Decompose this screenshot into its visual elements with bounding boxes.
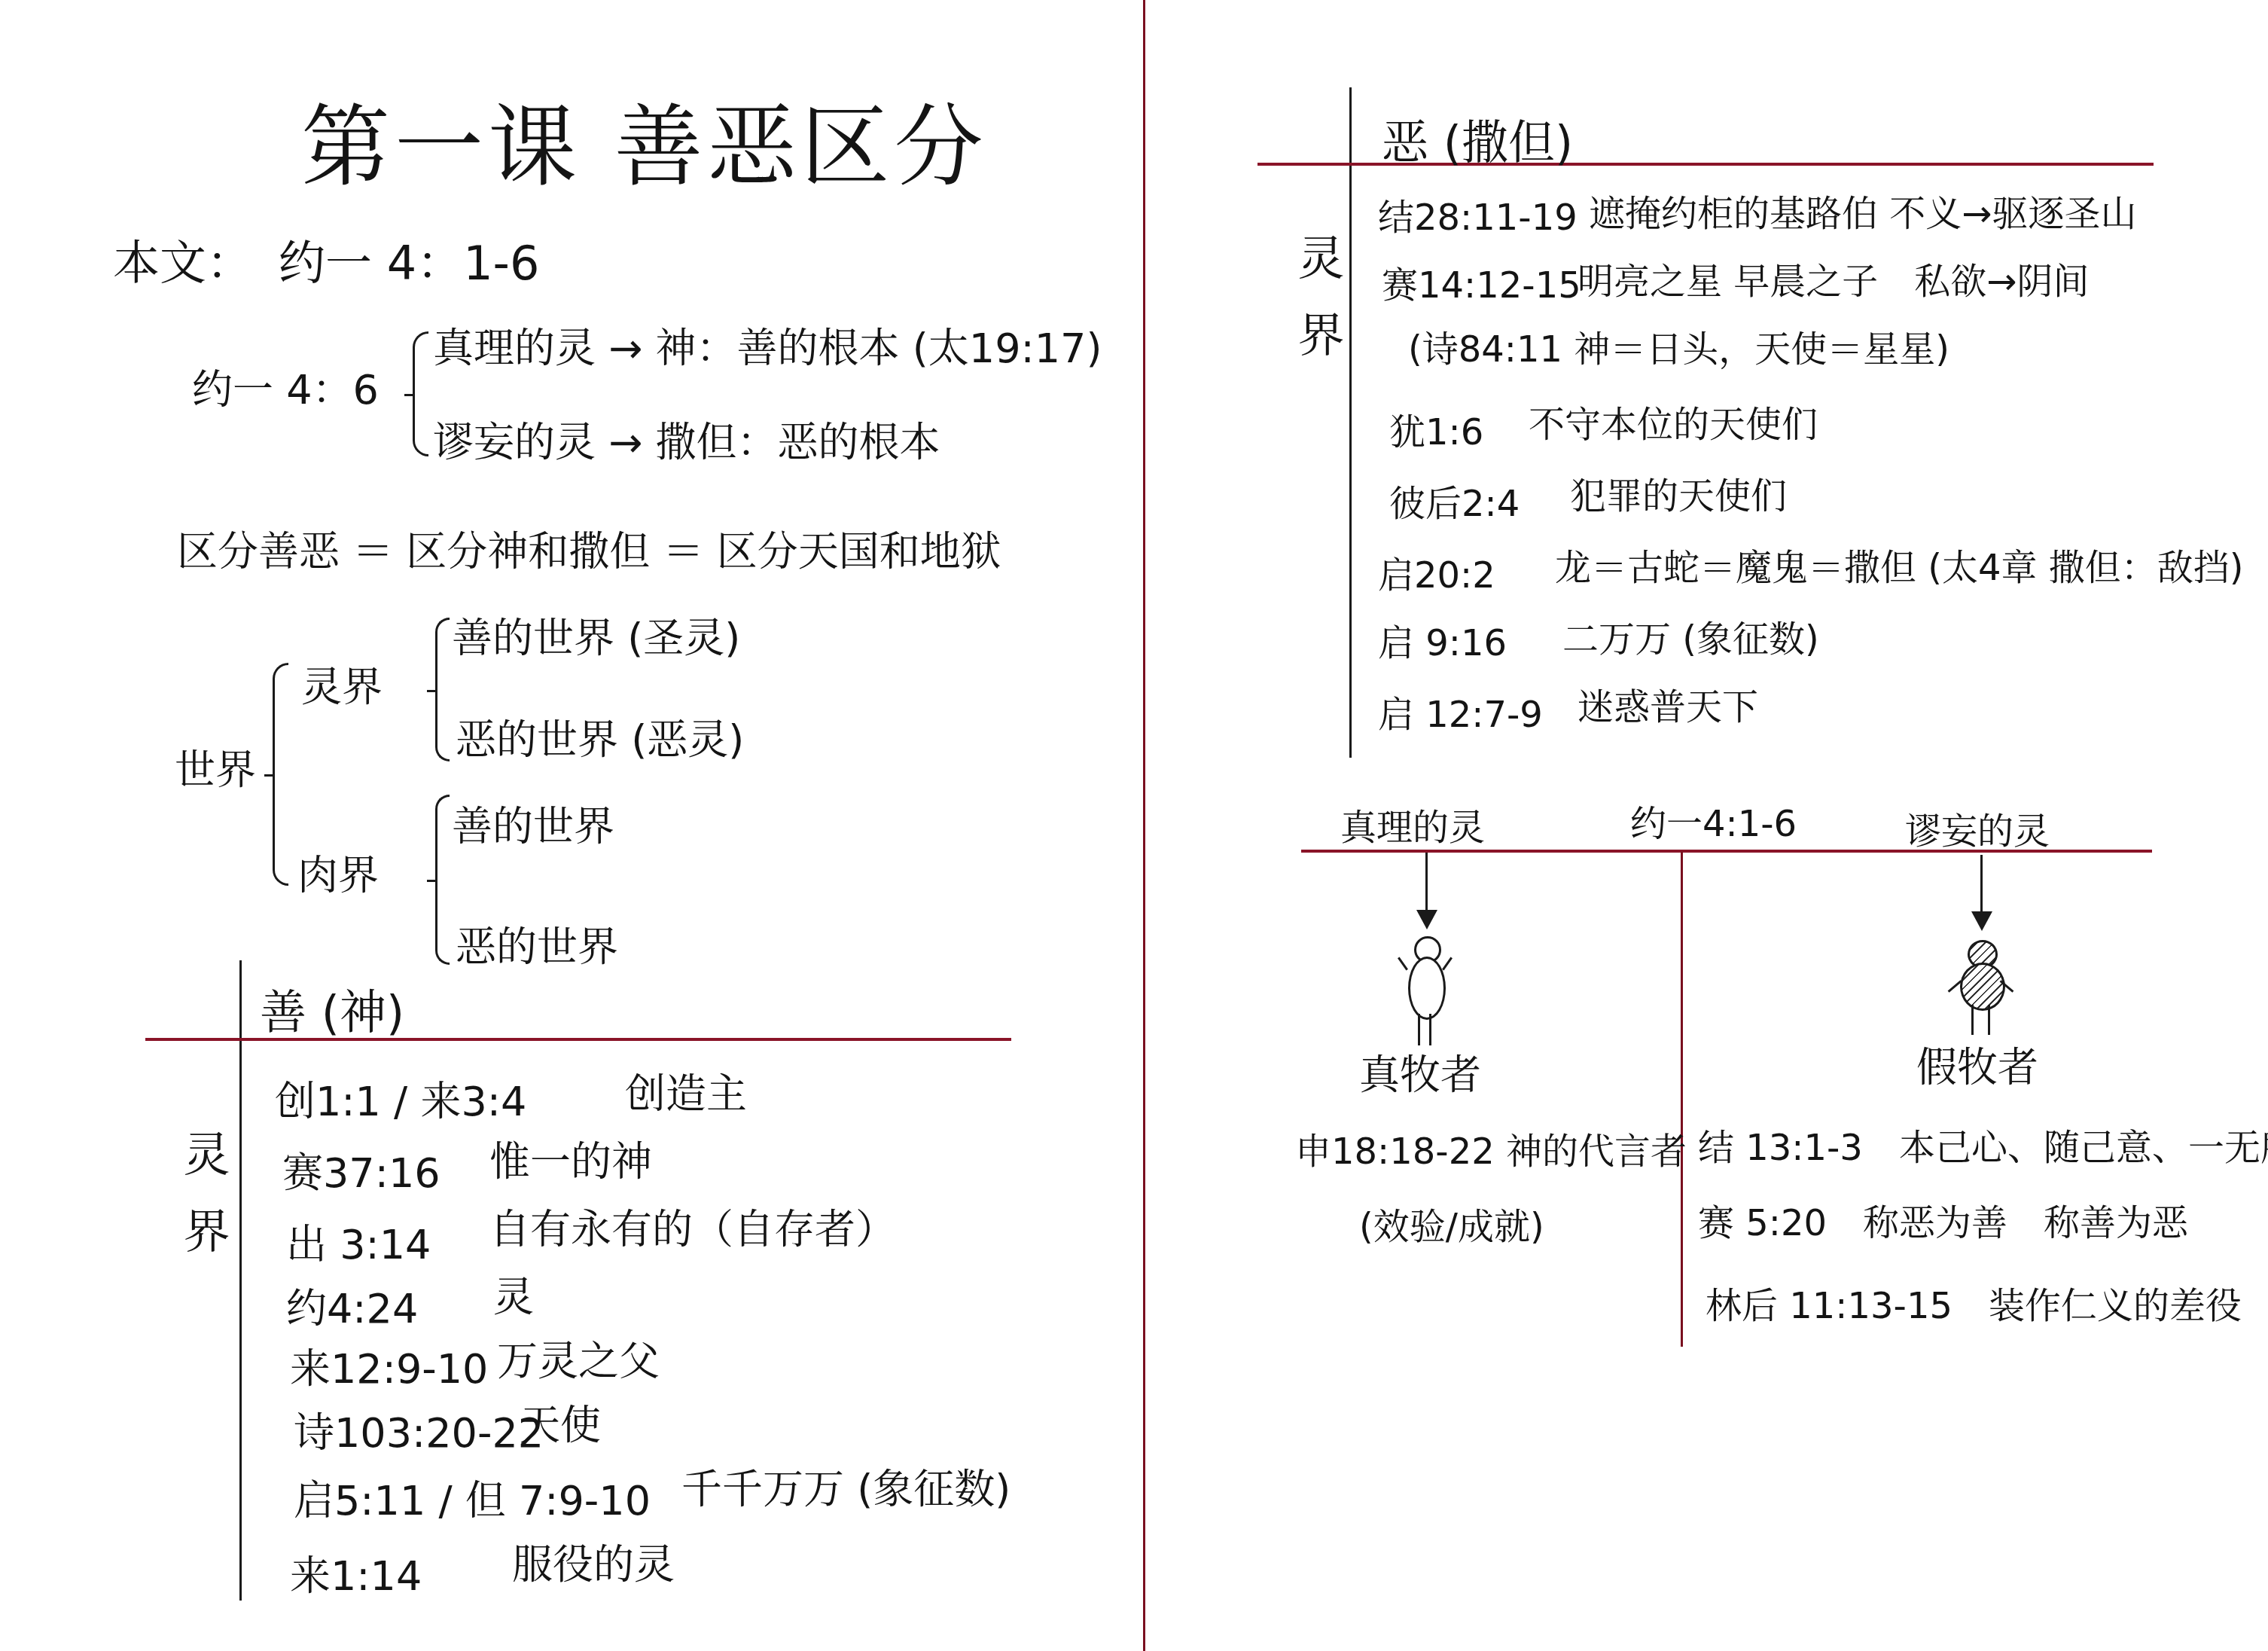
spirit-realm-label: 灵界 xyxy=(301,655,383,713)
diagram-center-rule xyxy=(1681,851,1683,1347)
error-arrow-head xyxy=(1971,911,1992,931)
spirit-good-world: 善的世界 (圣灵) xyxy=(452,606,740,664)
evil-row-note: 二万万 (象征数) xyxy=(1562,610,1819,662)
truth-arrow-shaft xyxy=(1425,853,1428,913)
good-row-note: 灵 xyxy=(493,1265,534,1323)
good-row-ref: 诗103:20-22 xyxy=(294,1401,544,1459)
evil-row-ref: 启 12:7-9 xyxy=(1378,685,1543,737)
false-shepherd-label: 假牧者 xyxy=(1916,1036,2038,1094)
false-shepherd-ref-2: 林后 11:13-15 装作仁义的差役 xyxy=(1706,1277,2242,1329)
spirit-realm-brace xyxy=(435,618,450,761)
diagram-center-ref: 约一4:1-6 xyxy=(1630,795,1797,847)
spirit-evil-world: 恶的世界 (恶灵) xyxy=(456,708,744,766)
good-row-ref: 约4:24 xyxy=(286,1277,418,1335)
evil-row-note: 遮掩约柜的基路伯 不义→驱逐圣山 xyxy=(1589,185,2136,237)
flesh-realm-brace xyxy=(435,795,450,965)
good-row-ref: 来12:9-10 xyxy=(290,1337,488,1395)
evil-row-ref: 启 9:16 xyxy=(1378,614,1507,666)
text-ref-value: 约一 4：1-6 xyxy=(279,226,539,293)
evil-row-note: 明亮之星 早晨之子 私欲→阴间 xyxy=(1578,252,2089,304)
evil-row-note: 犯罪的天使们 xyxy=(1570,467,1787,519)
evil-row-note: 龙＝古蛇＝魔鬼＝撒但 (太4章 撒但：敌挡) xyxy=(1555,539,2244,591)
good-row-note: 创造主 xyxy=(625,1062,747,1120)
john-4-6-branch-truth: 真理的灵 → 神：善的根本 (太19:17) xyxy=(433,316,1102,374)
flesh-good-world: 善的世界 xyxy=(452,795,614,853)
flesh-realm-label: 肉界 xyxy=(297,844,379,902)
good-row-note: 惟一的神 xyxy=(489,1130,652,1188)
evil-row-ref: 启20:2 xyxy=(1378,546,1495,598)
world-root-label: 世界 xyxy=(175,738,256,796)
world-brace xyxy=(273,663,288,886)
john-4-6-ref: 约一 4：6 xyxy=(192,358,379,416)
evil-row-ref: 结28:11-19 xyxy=(1378,188,1578,240)
error-arrow-shaft xyxy=(1980,855,1983,915)
john-4-6-branch-error: 谬妄的灵 → 撒但：恶的根本 xyxy=(433,410,940,468)
text-ref-label: 本文： xyxy=(113,226,253,293)
page-title: 第一课 善恶区分 xyxy=(301,75,988,203)
good-row-ref: 来1:14 xyxy=(290,1544,422,1602)
false-shepherd-ref-0: 结 13:1-3 本己心、随己意、一无所见 xyxy=(1698,1118,2268,1170)
evil-row-ref: 犹1:6 xyxy=(1389,403,1483,455)
true-shepherd-ref-0: 申18:18-22 神的代言者 xyxy=(1295,1122,1687,1174)
good-table-header: 善 (神) xyxy=(260,975,404,1042)
good-row-note: 千千万万 (象征数) xyxy=(681,1457,1011,1515)
evil-row-note-psalm: (诗84:11 神＝日头，天使＝星星) xyxy=(1408,320,1949,372)
good-row-note: 天使 xyxy=(520,1393,601,1451)
good-row-note: 服役的灵 xyxy=(512,1533,675,1591)
evil-row-ref: 赛14:12-15 xyxy=(1382,256,1581,308)
good-row-ref: 出 3:14 xyxy=(286,1213,431,1271)
john-4-6-brace xyxy=(413,331,428,456)
good-row-ref: 创1:1 / 来3:4 xyxy=(275,1070,526,1128)
evil-row-ref: 彼后2:4 xyxy=(1389,475,1520,526)
good-row-ref: 赛37:16 xyxy=(282,1141,440,1199)
spirit-of-truth-label: 真理的灵 xyxy=(1340,798,1485,850)
evil-row-note: 不守本位的天使们 xyxy=(1529,395,1818,447)
good-table-vertical-rule xyxy=(239,960,242,1601)
evil-row-note: 迷惑普天下 xyxy=(1578,678,1758,730)
good-table-side-label: 灵界 xyxy=(169,1130,236,1283)
good-row-note: 自有永有的（自存者） xyxy=(489,1198,896,1256)
true-shepherd-label: 真牧者 xyxy=(1359,1043,1481,1101)
evil-table-vertical-rule xyxy=(1349,87,1352,758)
evil-table-header: 恶 (撒但) xyxy=(1382,105,1573,172)
false-shepherd-ref-1: 赛 5:20 称恶为善 称善为恶 xyxy=(1698,1194,2188,1246)
true-shepherd-ref-1: (效验/成就) xyxy=(1359,1198,1544,1250)
truth-arrow-head xyxy=(1416,910,1437,929)
flesh-evil-world: 恶的世界 xyxy=(456,915,618,973)
page-divider xyxy=(1143,0,1145,1651)
evil-table-side-label: 灵界 xyxy=(1284,233,1351,387)
distinction-equation: 区分善恶 ＝ 区分神和撒但 ＝ 区分天国和地狱 xyxy=(177,520,1001,578)
spirit-of-error-label: 谬妄的灵 xyxy=(1905,802,2050,854)
good-row-note: 万灵之父 xyxy=(497,1329,660,1387)
good-row-ref: 启5:11 / 但 7:9-10 xyxy=(294,1469,651,1527)
